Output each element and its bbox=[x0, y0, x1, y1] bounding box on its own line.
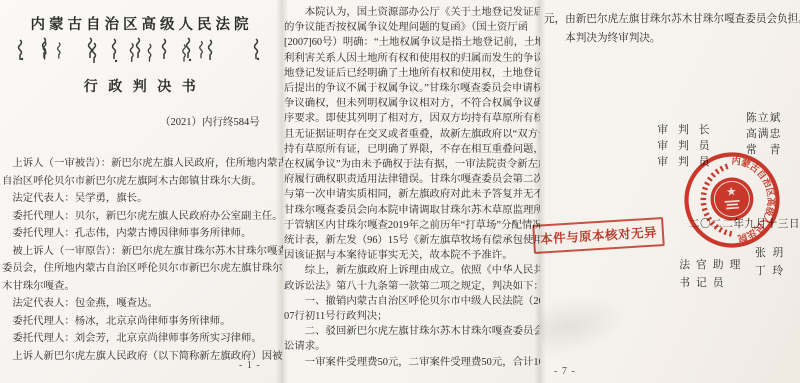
text-line: 委托代理人：刘会芳，北京京尚律师事务所实习律师。 bbox=[2, 330, 293, 348]
text-line: 在权属争议”为由未予确权于法有据，一审法院责令新左旗政 bbox=[284, 157, 580, 172]
text-line: 法定代表人：吴学勇，旗长。 bbox=[2, 190, 293, 208]
text-line: 的争议能否按权属争议处理问题的复函》（国土资厅函 bbox=[284, 20, 580, 35]
text-line: 与第一次申请实质相同，新左旗政府对此未予答复并无不当。 bbox=[284, 187, 580, 202]
document-type-title: 行 政 判 决 书 bbox=[0, 76, 283, 96]
text-line: 一审案件受理费50元，二审案件受理费50元，合计100 bbox=[284, 355, 580, 370]
text-line: 序要求。即使其列明了相对方，因双方均持有草原所有权证， bbox=[284, 111, 580, 126]
text-line: 持有草原所有证，已明确了界限，不存在相互重叠问题，不存 bbox=[284, 142, 580, 157]
text-line: [2007]60号）明确：“土地权属争议是指土地登记前，土地权 bbox=[284, 35, 580, 50]
text-line: 法定代表人：包金燕，嘎查达。 bbox=[2, 295, 293, 313]
seal-gate-icon bbox=[725, 200, 741, 209]
page-number-1: - 1 - bbox=[239, 360, 261, 371]
text-line: 一、撤销内蒙古自治区呼伦贝尔市中级人民法院（2021）内 bbox=[284, 294, 580, 309]
text-line: 综上，新左旗政府上诉理由成立。依照《中华人民共和国行 bbox=[284, 263, 580, 278]
staff-row: 书记员 丁 玲 bbox=[663, 263, 800, 314]
page-7-body: 本院认为，国土资源部办公厅《关于土地登记发证后提出 的争议能否按权属争议处理问题… bbox=[284, 5, 580, 370]
text-line: 政诉讼法》第八十九条第一款第二项之规定，判决如下： bbox=[284, 279, 580, 294]
text-line: 本判决为终审判决。 bbox=[544, 29, 800, 48]
text-line: 07行初11号行政判决； bbox=[284, 309, 580, 324]
text-line: 委托代理人：贝尔，新巴尔虎左旗人民政府办公室副主任。 bbox=[2, 208, 293, 226]
court-seal-icon: 内蒙古自治区高级人民法院 ★ bbox=[679, 147, 786, 254]
page-last-body: 元，由新巴尔虎左旗甘珠尔苏木甘珠尔嘎查委员会负担。 本判决为终审判决。 bbox=[544, 10, 800, 48]
text-line: 甘珠尔嘎查委员会向本院申请调取甘珠尔苏木草原监理所关 bbox=[284, 203, 580, 218]
page-1: 内蒙古自治区高级人民法院 行 政 判 决 书 （2021）内行终584号 bbox=[0, 0, 283, 383]
text-line: 本院认为，国土资源部办公厅《关于土地登记发证后提出 bbox=[284, 5, 580, 20]
text-line: 利利害关系人因土地所有权和使用权的归属而发生的争议。土 bbox=[284, 51, 580, 66]
court-name: 内蒙古自治区高级人民法院 bbox=[0, 13, 283, 34]
judgment-scan: 内蒙古自治区高级人民法院 行 政 判 决 书 （2021）内行终584号 bbox=[0, 0, 800, 383]
text-line: 委员会，住所地内蒙古自治区呼伦贝尔市新巴尔虎左旗甘珠尔苏 bbox=[2, 260, 293, 278]
seal-star-icon: ★ bbox=[726, 184, 738, 199]
text-line: 且无证据证明存在交叉或者重叠，故新左旗政府以“双方分别 bbox=[284, 127, 580, 142]
text-line: 讼请求。 bbox=[284, 339, 580, 354]
page-number-7: - 7 - bbox=[554, 366, 576, 377]
text-line: 府履行确权职责适用法律错误。甘珠尔嘎查委员会第二次申请 bbox=[284, 172, 580, 187]
page-1-body: 上诉人（一审被告）：新巴尔虎左旗人民政府，住所地内蒙古 自治区呼伦贝尔市新巴尔虎… bbox=[2, 155, 293, 365]
case-number: （2021）内行终584号 bbox=[160, 114, 260, 129]
text-line: 争议确权，但未列明权属争议相对方，不符合权属争议确权程 bbox=[284, 96, 580, 111]
text-line: 被上诉人（一审原告）：新巴尔虎左旗甘珠尔苏木甘珠尔嘎查 bbox=[2, 243, 293, 261]
text-line: 二、驳回新巴尔虎左旗甘珠尔苏木甘珠尔嘎查委员会的诉 bbox=[284, 324, 580, 339]
text-line: 委托代理人：杨冰，北京京尚律师事务所律师。 bbox=[2, 313, 293, 331]
text-line: 上诉人（一审被告）：新巴尔虎左旗人民政府，住所地内蒙古 bbox=[2, 155, 293, 173]
judge-name: 高满忠 bbox=[746, 126, 781, 141]
mongolian-script-row bbox=[14, 37, 266, 65]
judge-name: 陈立斌 bbox=[746, 110, 781, 125]
text-line: 元，由新巴尔虎左旗甘珠尔苏木甘珠尔嘎查委员会负担。 bbox=[544, 10, 800, 29]
staff-name: 丁 玲 bbox=[755, 263, 785, 278]
text-line: 地登记发证后已经明确了土地所有权和使用权，土地登记发证 bbox=[284, 66, 580, 81]
text-line: 后提出的争议不属于权属争议。”甘珠尔嘎查委员会申请权属 bbox=[284, 81, 580, 96]
text-line: 委托代理人：孔志伟，内蒙古博因律师事务所律师。 bbox=[2, 225, 293, 243]
page-7: 本院认为，国土资源部办公厅《关于土地登记发证后提出 的争议能否按权属争议处理问题… bbox=[283, 0, 540, 383]
text-line: 木甘珠尔嘎查。 bbox=[2, 278, 293, 296]
page-last: 元，由新巴尔虎左旗甘珠尔苏木甘珠尔嘎查委员会负担。 本判决为终审判决。 审判长 … bbox=[540, 0, 800, 383]
text-line: 自治区呼伦贝尔市新巴尔虎左旗阿木古郎镇甘珠尔大街。 bbox=[2, 173, 293, 191]
staff-title: 书记员 bbox=[679, 277, 729, 289]
